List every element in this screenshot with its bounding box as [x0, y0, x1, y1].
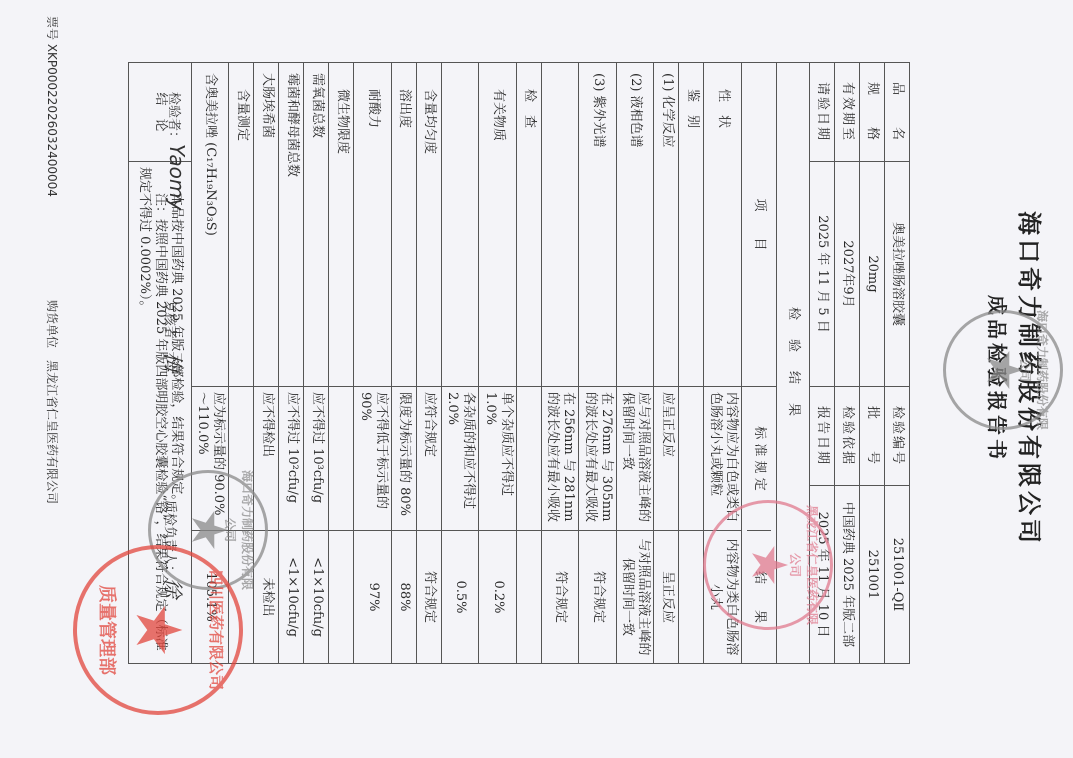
- table-row: 各杂质的和应不得过 2.0%0.5%: [442, 63, 480, 664]
- label-test-no: 检验编号: [885, 387, 910, 486]
- row-standard: 应与对照品溶液主峰的保留时间一致: [617, 387, 654, 531]
- row-standard: 在 256nm 与 281nm 的波长处应有最小吸收: [542, 387, 579, 531]
- table-row: 溶出度限度为标示量的 80%88%: [392, 63, 417, 664]
- row-item: 大肠埃希菌: [254, 63, 279, 387]
- row-item: 霉菌和酵母菌总数: [279, 63, 304, 387]
- row-item: [542, 63, 580, 387]
- table-row: (1) 化学反应应呈正反应呈正反应: [654, 63, 679, 664]
- row-standard: 在 276nm 与 305nm 的波长处应有最大吸收: [580, 387, 617, 531]
- row-item: 含量均匀度: [417, 63, 442, 387]
- label-spec: 规 格: [860, 63, 885, 162]
- row-standard: [517, 387, 541, 531]
- row-result: 0.2%: [480, 531, 517, 663]
- table-row: 霉菌和酵母菌总数应不得过 10²cfu/g<1×10cfu/g: [279, 63, 304, 664]
- inspector: 检验者：Yaomy: [165, 92, 189, 210]
- row-standard: 限度为标示量的 80%: [392, 387, 416, 531]
- row-standard: 单个杂质应不得过 1.0%: [480, 387, 517, 531]
- label-request-date: 请验日期: [810, 63, 835, 162]
- label-product-name: 品 名: [885, 63, 910, 162]
- row-standard: [680, 387, 704, 531]
- buyer: 购货单位 黑龙江省仁皇医药有限公司: [44, 300, 61, 504]
- table-row: 微生物限度: [329, 63, 354, 664]
- row-item: (3) 紫外光谱: [579, 63, 617, 387]
- row-standard: [330, 387, 354, 531]
- row-result: 符合规定: [542, 531, 579, 663]
- label-report-date: 报告日期: [810, 387, 835, 486]
- table-row: (2) 液相色谱应与对照品溶液主峰的保留时间一致与对照品溶液主峰的保留时间一致: [617, 63, 655, 664]
- inspector-signature: Yaomy: [165, 144, 189, 210]
- label-basis: 检验依据: [835, 387, 860, 486]
- table-row: 含量均匀度应符合规定符合规定: [417, 63, 442, 664]
- row-item: 溶出度: [392, 63, 417, 387]
- row-standard: 应符合规定: [417, 387, 441, 531]
- row-result: 符合规定: [580, 531, 617, 663]
- reviewer: 复核者：梅: [160, 300, 189, 372]
- table-row: 鉴 别: [679, 63, 704, 664]
- pink-seal: 黑龙江省仁皇医药有限公司 ★: [703, 500, 833, 630]
- row-item: [442, 63, 480, 387]
- row-result: [330, 531, 354, 663]
- batch: 251001: [860, 486, 885, 664]
- row-result: <1×10cfu/g: [305, 531, 329, 663]
- row-result: 88%: [392, 531, 416, 663]
- row-standard: 应呈正反应: [655, 387, 679, 531]
- row-result: 与对照品溶液主峰的保留时间一致: [617, 531, 654, 663]
- row-standard: 各杂质的和应不得过 2.0%: [442, 387, 479, 531]
- col-item-header: 项 目: [742, 63, 777, 387]
- expiry: 2027年9月: [835, 162, 860, 387]
- spec: 20mg: [860, 162, 885, 387]
- row-standard: 应不得低于标示量的 90%: [355, 387, 392, 531]
- row-result: 0.5%: [442, 531, 479, 663]
- row-item: 含量测定: [229, 63, 254, 387]
- table-row: 耐酸力应不得低于标示量的 90%97%: [354, 63, 392, 664]
- request-date: 2025 年 11 月 5 日: [810, 162, 835, 387]
- report-page: 海口奇力制药股份有限公司 成品检验报告书 海口奇力制药股份有限公司 ★ 品 名 …: [0, 0, 1073, 758]
- row-standard: 应不得过 10²cfu/g: [280, 387, 304, 531]
- results-body: 性 状内容物应为白色或类白色肠溶小丸或颗粒内容物为类白色肠溶小丸鉴 别(1) 化…: [192, 63, 742, 664]
- table-row: 有关物质单个杂质应不得过 1.0%0.2%: [479, 63, 517, 664]
- row-item: 检 查: [517, 63, 542, 387]
- row-item: (2) 液相色谱: [617, 63, 655, 387]
- label-expiry: 有效期至: [835, 63, 860, 162]
- table-row: 检 查: [517, 63, 542, 664]
- product-name: 奥美拉唑肠溶胶囊: [885, 162, 910, 387]
- qc-seal: 四川医药有限公司 ★ 质量管理部: [73, 545, 243, 715]
- row-item: 鉴 别: [679, 63, 704, 387]
- row-result: <1×10cfu/g: [280, 531, 304, 663]
- row-result: [517, 531, 541, 663]
- row-result: 97%: [355, 531, 392, 663]
- row-item: (1) 化学反应: [654, 63, 679, 387]
- row-standard: 应不得过 10³cfu/g: [305, 387, 329, 531]
- table-row: (3) 紫外光谱在 276nm 与 305nm 的波长处应有最大吸收符合规定: [579, 63, 617, 664]
- table-row: 大肠埃希菌应不得检出未检出: [254, 63, 279, 664]
- table-row: 需氧菌总数应不得过 10³cfu/g<1×10cfu/g: [304, 63, 329, 664]
- label-batch: 批 号: [860, 387, 885, 486]
- row-result: [680, 531, 704, 663]
- row-item: 耐酸力: [354, 63, 392, 387]
- basis: 中国药典 2025 年版二部: [835, 486, 860, 664]
- company-seal: 海口奇力制药股份有限公司 ★: [943, 310, 1063, 430]
- table-row: 在 256nm 与 281nm 的波长处应有最小吸收符合规定: [542, 63, 580, 664]
- reviewer-signature: 梅: [161, 352, 185, 372]
- row-item: 需氧菌总数: [304, 63, 329, 387]
- row-item: 微生物限度: [329, 63, 354, 387]
- test-no: 251001-QⅡ: [885, 486, 910, 664]
- row-item: 性 状: [704, 63, 742, 387]
- row-result: 呈正反应: [655, 531, 679, 663]
- row-item: 含奥美拉唑 (C₁₇H₁₉N₃O₃S): [192, 63, 230, 387]
- row-item: 有关物质: [479, 63, 517, 387]
- ticket-number: 票号 XKP00022026032400004: [44, 16, 61, 197]
- row-result: 符合规定: [417, 531, 441, 663]
